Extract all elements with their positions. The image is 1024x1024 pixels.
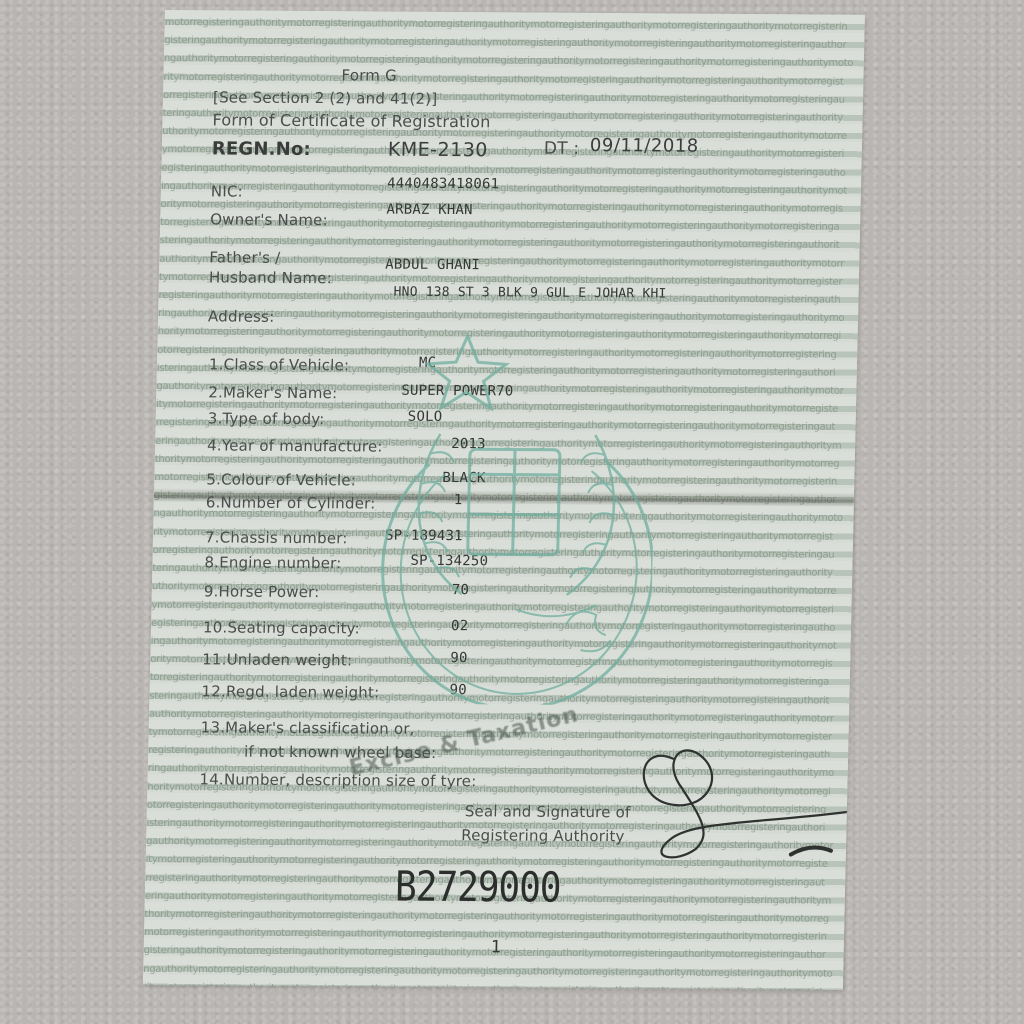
item-13-line1: 13.Maker's classification or, bbox=[201, 718, 415, 737]
field-value-maker: SUPER POWER70 bbox=[401, 383, 514, 400]
field-value-cylinder: 1 bbox=[454, 492, 463, 508]
father-label-line2: Husband Name: bbox=[209, 268, 332, 287]
form-name: Form of Certificate of Registration bbox=[212, 110, 490, 131]
date-label: DT : bbox=[544, 139, 580, 159]
field-label-laden: 12.Regd. laden weight: bbox=[201, 682, 379, 701]
field-label-chassis: 7.Chassis number: bbox=[205, 528, 348, 547]
nic-label: NIC: bbox=[211, 182, 243, 200]
regn-number: KME-2130 bbox=[388, 139, 489, 162]
item-14: 14.Number, description size of tyre: bbox=[199, 770, 476, 790]
field-value-class: MC bbox=[419, 355, 437, 371]
regn-label: REGN.No: bbox=[212, 138, 312, 160]
page-number: 1 bbox=[491, 937, 502, 957]
field-label-body: 3.Type of body: bbox=[208, 409, 325, 428]
field-value-seating: 02 bbox=[451, 618, 469, 634]
field-value-year: 2013 bbox=[451, 436, 486, 452]
field-label-seating: 10.Seating capacity: bbox=[203, 618, 360, 637]
field-label-year: 4.Year of manufacture: bbox=[207, 436, 383, 455]
field-label-engine: 8.Engine number: bbox=[204, 553, 341, 572]
serial-number: B2729000 bbox=[395, 864, 561, 912]
seal-signature-line1: Seal and Signature of bbox=[465, 802, 631, 821]
field-label-unladen: 11.Unladen weight: bbox=[202, 650, 352, 669]
field-label-class: 1.Class of Vehicle: bbox=[209, 355, 350, 374]
registration-date: 09/11/2018 bbox=[590, 135, 699, 157]
section-reference: [See Section 2 (2) and 41(2)] bbox=[213, 88, 438, 108]
nic-value: 4440483418061 bbox=[387, 176, 500, 193]
field-value-laden: 90 bbox=[449, 682, 467, 698]
seal-signature-line2: Registering Authority bbox=[461, 826, 625, 845]
field-label-horsepower: 9.Horse Power: bbox=[204, 582, 320, 601]
address-value: HNO 138 ST 3 BLK 9 GUL E JOHAR KHI bbox=[393, 285, 666, 302]
form-title: Form G bbox=[341, 66, 397, 84]
owner-name-label: Owner's Name: bbox=[210, 210, 328, 229]
field-value-colour: BLACK bbox=[442, 470, 486, 486]
field-value-chassis: SP-189431 bbox=[385, 528, 463, 545]
father-label-line1: Father's / bbox=[209, 248, 280, 266]
field-value-unladen: 90 bbox=[450, 650, 468, 666]
field-value-horsepower: 70 bbox=[452, 582, 470, 598]
field-label-maker: 2.Maker's Name: bbox=[208, 383, 337, 402]
father-name: ABDUL GHANI bbox=[385, 257, 480, 274]
field-value-body: SOLO bbox=[408, 409, 443, 425]
field-label-cylinder: 6.Number of Cylinder: bbox=[206, 493, 376, 512]
address-label: Address: bbox=[208, 307, 275, 325]
registration-certificate: motorregisteringauthoritymotorregisterin… bbox=[143, 10, 865, 990]
field-value-engine: SP-134250 bbox=[410, 553, 488, 570]
field-label-colour: 5.Colour of Vehicle: bbox=[206, 470, 356, 489]
owner-name: ARBAZ KHAN bbox=[386, 202, 473, 219]
